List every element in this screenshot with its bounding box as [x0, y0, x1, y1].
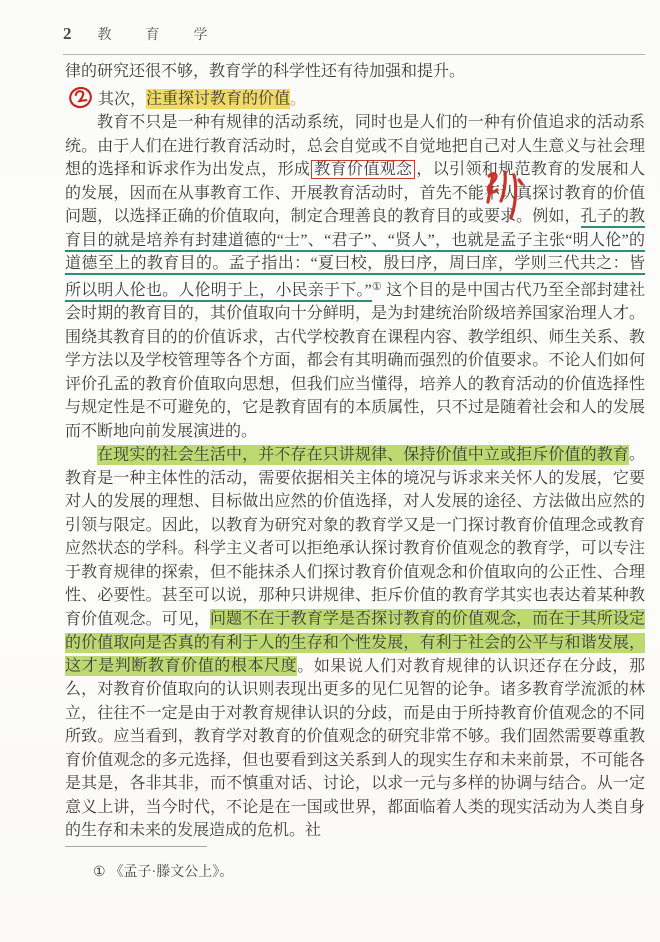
para3-text-b: 。如果说人们对教育规律的认识还存在分歧，那么，对教育价值取向的认识则表现出更多的…: [65, 658, 645, 840]
footnote-ref-superscript: ①: [372, 281, 382, 293]
footnote-marker: ①: [93, 865, 106, 880]
subheading-prefix: 其次，: [98, 91, 146, 108]
subheading-period: 。: [290, 91, 306, 108]
paragraph-2: 教育不只是一种有规律的活动系统，同时也是人们的一种有价值追求的活动系统。由于人们…: [65, 111, 645, 443]
paragraph-1-text: 律的研究还很不够，教育学的科学性还有待加强和提升。: [65, 63, 465, 80]
footnote-rule: [65, 846, 207, 847]
page-header: 2 教 育 学: [63, 24, 645, 55]
circled-2-icon: [67, 84, 94, 111]
para2-text-d: 这个目的是中国古代乃至全部封建社会时期的教育目的，其价值取向十分鲜明，是为封建统…: [65, 282, 645, 440]
subheading-line: 其次，注重探讨教育的价值。: [65, 84, 645, 112]
footnote: ①《孟子·滕文公上》。: [65, 861, 645, 881]
scanned-book-page: 2 教 育 学 律的研究还很不够，教育学的科学性还有待加强和提升。 其次，注重探…: [0, 0, 660, 942]
header-rule: [63, 54, 645, 55]
footnote-text: 《孟子·滕文公上》。: [110, 865, 234, 880]
red-boxed-term: 教育价值观念: [311, 160, 415, 179]
para2-scrawled-text: 不认真: [484, 185, 532, 202]
green-highlight-1: 在现实的社会生活中，并不存在只讲规律、保持价值中立或拒斥价值的教育: [97, 445, 629, 465]
page-number: 2: [63, 24, 72, 44]
yellow-highlight: 注重探讨教育的价值: [146, 89, 290, 109]
paragraph-3: 在现实的社会生活中，并不存在只讲规律、保持价值中立或拒斥价值的教育。教育是一种主…: [65, 443, 645, 843]
book-title: 教 育 学: [98, 24, 218, 44]
footnote-area: ①《孟子·滕文公上》。: [65, 846, 645, 881]
para2-scrawled-words: 不认真: [484, 185, 532, 202]
paragraph-1-continuation: 律的研究还很不够，教育学的科学性还有待加强和提升。: [65, 60, 645, 84]
body-text: 律的研究还很不够，教育学的科学性还有待加强和提升。 其次，注重探讨教育的价值。 …: [65, 60, 645, 843]
para3-text-a: 。教育是一种主体性的活动，需要依据相关主体的境况与诉求来关怀人的发展，它要对人的…: [65, 446, 645, 628]
